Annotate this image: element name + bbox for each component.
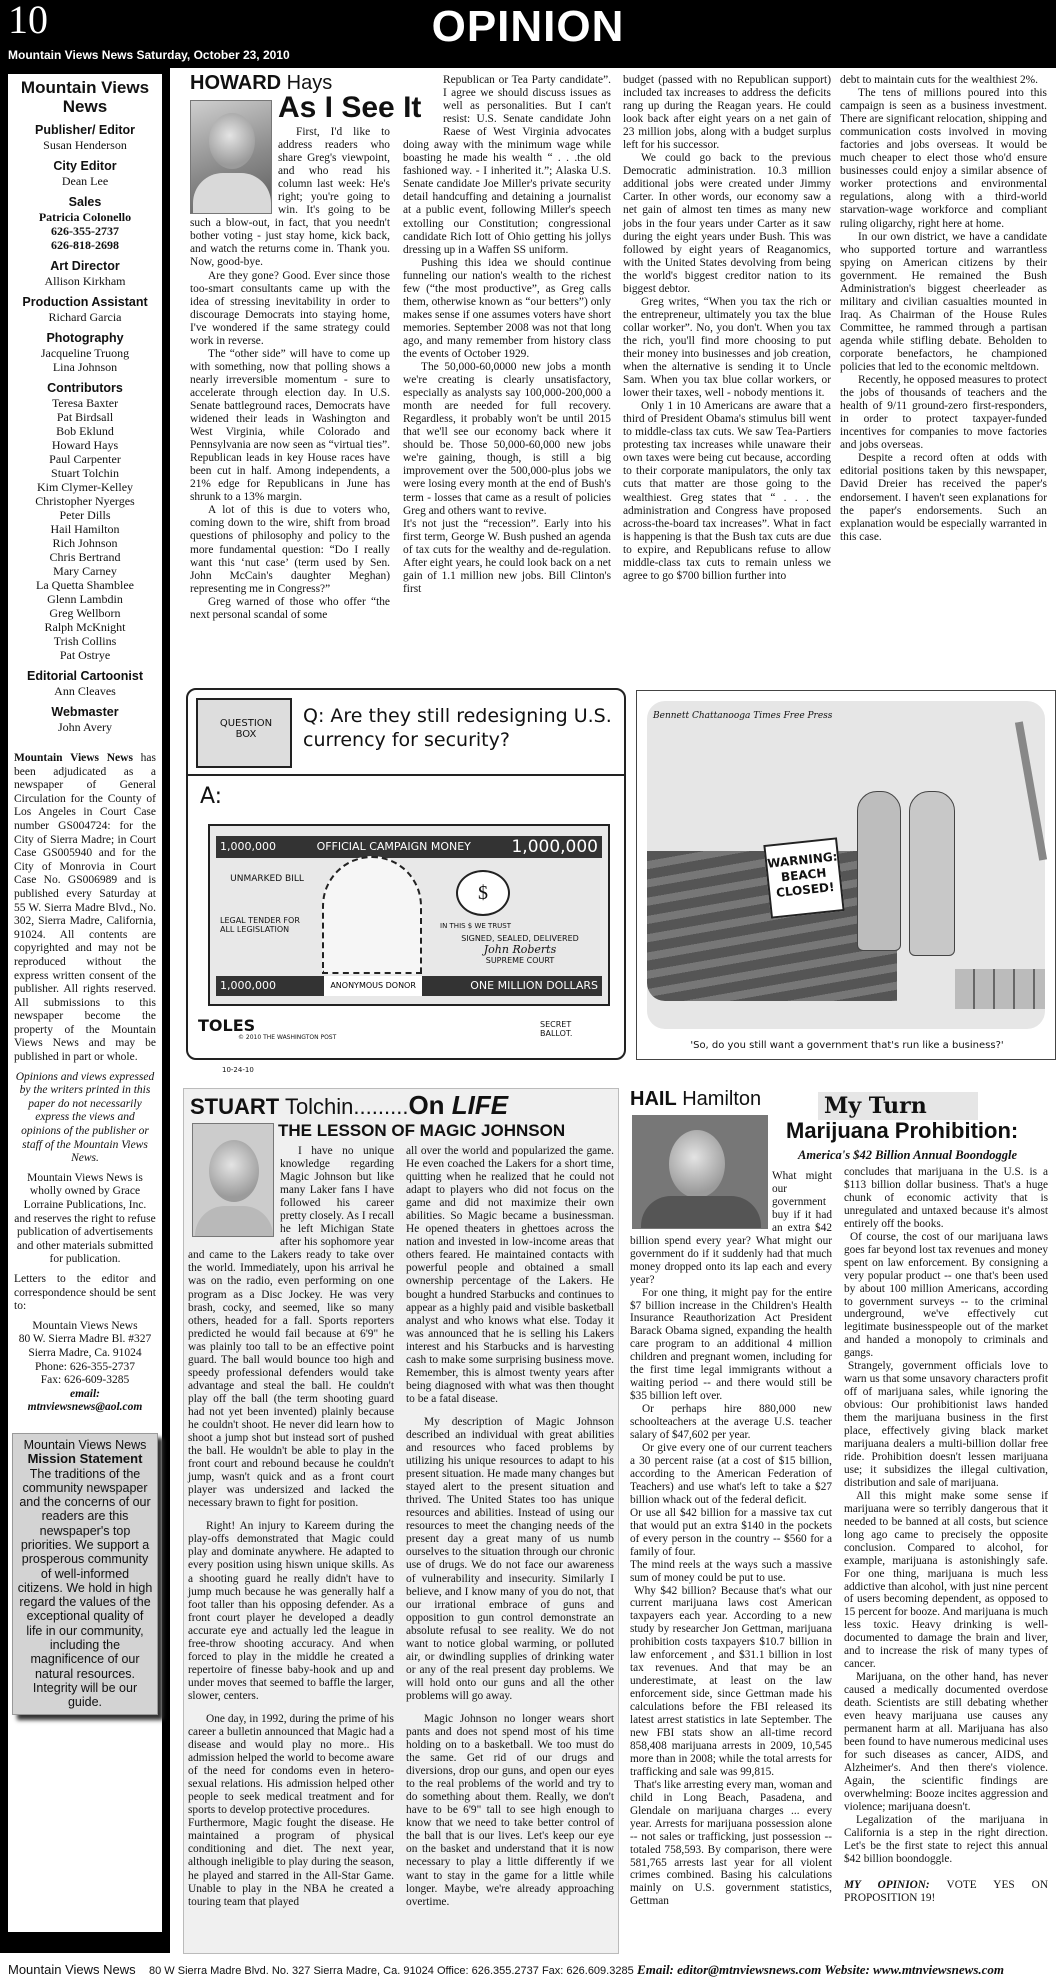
byline: HAIL Hamilton (630, 1088, 761, 1110)
staff-role: Publisher/ Editor (14, 123, 156, 138)
staff-name: 626-355-2737 (14, 224, 156, 238)
paragraph: Why $42 billion? Because that's what our… (630, 1585, 832, 1779)
paragraph: All this might make some sense if mariju… (844, 1490, 1048, 1671)
byline-first: STUART (190, 1094, 279, 1119)
signed-text: SIGNED, SEALED, DELIVERED (440, 934, 600, 943)
headline: Marijuana Prohibition: (786, 1118, 1018, 1144)
editorial-cartoon-currency: QUESTION BOX Q: Are they still redesigni… (186, 688, 626, 1060)
palm-tree (1015, 721, 1047, 860)
bill-top-text: OFFICIAL CAMPAIGN MONEY (317, 836, 471, 858)
masthead: 10 OPINION Mountain Views News Saturday,… (0, 0, 1056, 68)
mission-statement: Mountain Views News Mission Statement Th… (12, 1433, 158, 1715)
court-text: SUPREME COURT (440, 956, 600, 965)
subheadline: America's $42 Billion Annual Boondoggle (798, 1148, 1017, 1163)
byline-last: Tolchin......... (285, 1094, 409, 1119)
page-footer: Mountain Views News 80 W Sierra Madre Bl… (0, 1960, 1056, 1983)
section-title: OPINION (0, 2, 1056, 52)
staff-name: Richard Garcia (14, 310, 156, 324)
legal-notice: Mountain Views News has been adjudicated… (14, 752, 156, 1065)
staff-name: Dean Lee (14, 174, 156, 188)
staff-role: Photography (14, 331, 156, 346)
article-column-4: debt to maintain cuts for the wealthiest… (840, 74, 1047, 544)
footer-address: 80 W Sierra Madre Blvd. No. 327 Sierra M… (149, 1965, 634, 1977)
answer-label: A: (200, 784, 222, 809)
article-column-2: all over the world and popularized the g… (406, 1145, 614, 1909)
staff-name: Teresa Baxter (14, 396, 156, 410)
paragraph: Recently, he opposed measures to protect… (840, 374, 1047, 452)
paragraph: Greg writes, “When you tax the rich or t… (623, 296, 831, 400)
paragraph: debt to maintain cuts for the wealthiest… (840, 74, 1047, 87)
staff-name: Bob Eklund (14, 424, 156, 438)
staff-name: Pat Ostrye (14, 648, 156, 662)
staff-name: Hail Hamilton (14, 522, 156, 536)
headline: THE LESSON OF MAGIC JOHNSON (278, 1121, 565, 1141)
legal-lead: Mountain Views News (14, 752, 133, 764)
bag-motto: IN THIS $ WE TRUST (440, 922, 511, 930)
paragraph: Magic Johnson no longer wears short pant… (406, 1713, 614, 1909)
staff-role: Sales (14, 195, 156, 210)
staff-name: Kim Clymer-Kelley (14, 480, 156, 494)
man-figure (909, 791, 955, 956)
staff-name: Ann Cleaves (14, 684, 156, 698)
panel-divider (188, 774, 626, 776)
staff-name: Lina Johnson (14, 360, 156, 374)
bill-unmarked: UNMARKED BILL (222, 874, 312, 884)
staff-name: Jacqueline Truong (14, 346, 156, 360)
staff-role: Webmaster (14, 705, 156, 720)
staff-name: Pat Birdsall (14, 410, 156, 424)
headline-float (403, 74, 443, 136)
article-column-2: Republican or Tea Party candidate”. I ag… (403, 74, 611, 596)
paragraph: Or use all $42 billion for a massive tax… (630, 1507, 832, 1559)
photo-float (630, 1170, 772, 1230)
address-line: Mountain Views News (14, 1320, 156, 1334)
column-title: As I See It (278, 92, 421, 124)
cartoon-copyright: © 2010 THE WASHINGTON POST (238, 1034, 336, 1041)
paragraph: Right! An injury to Kareem during the pl… (188, 1520, 394, 1703)
staff-name: Peter Dills (14, 508, 156, 522)
paragraph: In our own district, we have a candidate… (840, 231, 1047, 375)
email-label: email: (70, 1388, 100, 1400)
byline: STUART Tolchin.........On LIFE (190, 1093, 508, 1119)
photo-float (188, 1145, 280, 1241)
staff-name: Rich Johnson (14, 536, 156, 550)
cartoon-caption: 'So, do you still want a government that… (637, 1040, 1056, 1051)
money-bag-icon: $ (456, 870, 510, 916)
paragraph: The mind reels at the ways such a massiv… (630, 1559, 832, 1585)
stuart-tolchin-article: STUART Tolchin.........On LIFE THE LESSO… (183, 1088, 619, 1954)
staff-role: Art Director (14, 259, 156, 274)
staff-name: Susan Henderson (14, 138, 156, 152)
cartoon-date: 10-24-10 (222, 1066, 254, 1074)
staff-box: Mountain Views News Publisher/ EditorSus… (8, 74, 162, 1932)
cartoon-credit: Bennett Chattanooga Times Free Press (653, 711, 832, 721)
staff-name: 626-818-2698 (14, 238, 156, 252)
paragraph: One day, in 1992, during the prime of hi… (188, 1713, 394, 1817)
bill-legal-tender: LEGAL TENDER FOR ALL LEGISLATION (220, 916, 316, 934)
opinion-label: MY OPINION: (844, 1879, 930, 1891)
paragraph: concludes that marijuana in the U.S. is … (844, 1166, 1048, 1231)
bill-bottom-band: 1,000,000 ANONYMOUS DONOR ONE MILLION DO… (216, 976, 602, 996)
article-column-1: First, I'd like to address readers who s… (190, 126, 390, 622)
staff-list: Publisher/ EditorSusan HendersonCity Edi… (14, 123, 156, 734)
column-title-life: LIFE (452, 1090, 508, 1120)
paragraph: Strangely, government officials love to … (844, 1360, 1048, 1490)
staff-name: Mary Carney (14, 564, 156, 578)
paragraph: Greg warned of those who offer “the next… (190, 596, 390, 622)
bill-one-million: ONE MILLION DOLLARS (470, 976, 598, 996)
staff-name: La Quetta Shamblee (14, 578, 156, 592)
my-opinion: MY OPINION: VOTE YES ON PROPOSITION 19! (844, 1879, 1048, 1905)
disclaimer: Opinions and views expressed by the writ… (14, 1071, 156, 1166)
boardwalk (955, 969, 1045, 1009)
staff-name: Allison Kirkham (14, 274, 156, 288)
bill-denomination: 1,000,000 (220, 836, 276, 858)
letters-notice: Letters to the editor and correspondence… (14, 1273, 156, 1314)
paragraph: The “other side” will have to come up wi… (190, 348, 390, 505)
paragraph: The 50,000-60,0000 new jobs a month we'r… (403, 361, 611, 518)
secret-ballot-text: SECRET BALLOT. (540, 1020, 600, 1038)
legal-text: has been adjudicated as a newspaper of G… (14, 752, 156, 1063)
paragraph: Despite a record often at odds with edit… (840, 452, 1047, 543)
column-title: My Turn (818, 1092, 978, 1120)
mission-text: The traditions of the community newspape… (17, 1467, 153, 1710)
mission-heading: Mountain Views News (17, 1438, 153, 1452)
paragraph: For one thing, it might pay for the enti… (630, 1287, 832, 1404)
bill-top-band: 1,000,000 OFFICIAL CAMPAIGN MONEY 1,000,… (216, 836, 602, 858)
staff-sidebar: Mountain Views News Publisher/ EditorSus… (0, 68, 170, 1953)
staff-name: John Avery (14, 720, 156, 734)
staff-role: City Editor (14, 159, 156, 174)
sidebar-title: Mountain Views News (14, 78, 156, 116)
ownership-notice: Mountain Views News is wholly owned by G… (14, 1172, 156, 1267)
mission-title: Mission Statement (17, 1452, 153, 1466)
staff-name: Paul Carpenter (14, 452, 156, 466)
paragraph: Of course, the cost of our marijuana law… (844, 1231, 1048, 1361)
question-box-drawing: QUESTION BOX (196, 698, 292, 768)
paragraph: Marijuana, on the other hand, has never … (844, 1671, 1048, 1813)
paragraph: Furthermore, Magic fought the disease. H… (188, 1817, 394, 1908)
paragraph: all over the world and popularized the g… (406, 1145, 614, 1406)
paragraph: Are they gone? Good. Ever since those to… (190, 270, 390, 348)
paragraph: Or give every one of our current teacher… (630, 1442, 832, 1507)
anonymous-silhouette (322, 856, 422, 974)
paragraph: It's not just the “recession”. Early int… (403, 518, 611, 596)
staff-name: Greg Wellborn (14, 606, 156, 620)
fax: Fax: 626-609-3285 (14, 1374, 156, 1388)
cartoon-question: Q: Are they still redesigning U.S. curre… (303, 704, 613, 752)
bill-denomination-large: 1,000,000 (511, 836, 598, 858)
staff-name: Chris Bertrand (14, 550, 156, 564)
article-column-3: budget (passed with no Republican suppor… (623, 74, 831, 583)
address-line: Sierra Madre, Ca. 91024 (14, 1347, 156, 1361)
staff-name: Glenn Lambdin (14, 592, 156, 606)
bill-signature-block: SIGNED, SEALED, DELIVERED John Roberts S… (440, 934, 600, 965)
paragraph: Only 1 in 10 Americans are aware that a … (623, 400, 831, 583)
staff-name: Patricia Colonello (14, 210, 156, 224)
cartoon-scene: Bennett Chattanooga Times Free Press WAR… (647, 701, 1045, 1029)
article-column-2: concludes that marijuana in the U.S. is … (844, 1166, 1048, 1905)
paragraph: A lot of this is due to voters who, comi… (190, 504, 390, 595)
artist-signature: TOLES (198, 1016, 255, 1035)
staff-role: Contributors (14, 381, 156, 396)
staff-name: Howard Hays (14, 438, 156, 452)
staff-role: Production Assistant (14, 295, 156, 310)
dateline: Mountain Views News Saturday, October 23… (8, 48, 290, 62)
email-link[interactable]: mtnviewsnews@aol.com (28, 1401, 143, 1413)
editorial-cartoon-beach: Bennett Chattanooga Times Free Press WAR… (636, 690, 1056, 1060)
anonymous-donor-ribbon: ANONYMOUS DONOR (324, 976, 422, 996)
beach-closed-sign: WARNING: BEACH CLOSED! (763, 837, 844, 918)
woman-figure (857, 791, 901, 951)
mailing-address: Mountain Views News 80 W. Sierra Madre B… (14, 1320, 156, 1415)
article-column-1: I have no unique knowledge regarding Mag… (188, 1145, 394, 1909)
paragraph: Pushing this idea we should continue fun… (403, 257, 611, 361)
staff-name: Christopher Nyerges (14, 494, 156, 508)
signature: John Roberts (440, 943, 600, 956)
paragraph: The tens of millions poured into this ca… (840, 87, 1047, 231)
staff-name: Trish Collins (14, 634, 156, 648)
million-dollar-bill: 1,000,000 OFFICIAL CAMPAIGN MONEY 1,000,… (208, 824, 610, 1006)
column-title: On (408, 1090, 451, 1120)
paragraph: Or perhaps hire 880,000 new schoolteache… (630, 1403, 832, 1442)
question-box-label: QUESTION BOX (216, 718, 276, 740)
bill-denomination: 1,000,000 (220, 976, 276, 996)
byline-first: HAIL (630, 1088, 677, 1110)
paragraph: That's like arresting every man, woman a… (630, 1779, 832, 1909)
headline-text: Marijuana Prohibition: (786, 1118, 1018, 1143)
paragraph: We could go back to the previous Democra… (623, 152, 831, 296)
staff-name: Stuart Tolchin (14, 466, 156, 480)
byline-first: HOWARD (190, 72, 281, 94)
phone: Phone: 626-355-2737 (14, 1361, 156, 1375)
footer-paper-name: Mountain Views News (8, 1962, 136, 1977)
footer-email[interactable]: Email: editor@mtnviewsnews.com (637, 1962, 821, 1977)
footer-website[interactable]: Website: www.mtnviewsnews.com (825, 1962, 1004, 1977)
paragraph: My description of Magic Johnson describe… (406, 1416, 614, 1703)
paragraph: budget (passed with no Republican suppor… (623, 74, 831, 152)
byline-last: Hamilton (682, 1088, 761, 1110)
address-line: 80 W. Sierra Madre Bl. #327 (14, 1333, 156, 1347)
staff-name: Ralph McKnight (14, 620, 156, 634)
article-column-1: What might our government buy if it had … (630, 1170, 832, 1908)
photo-float (190, 126, 278, 216)
paragraph: Legalization of the marijuana in Califor… (844, 1814, 1048, 1866)
staff-role: Editorial Cartoonist (14, 669, 156, 684)
